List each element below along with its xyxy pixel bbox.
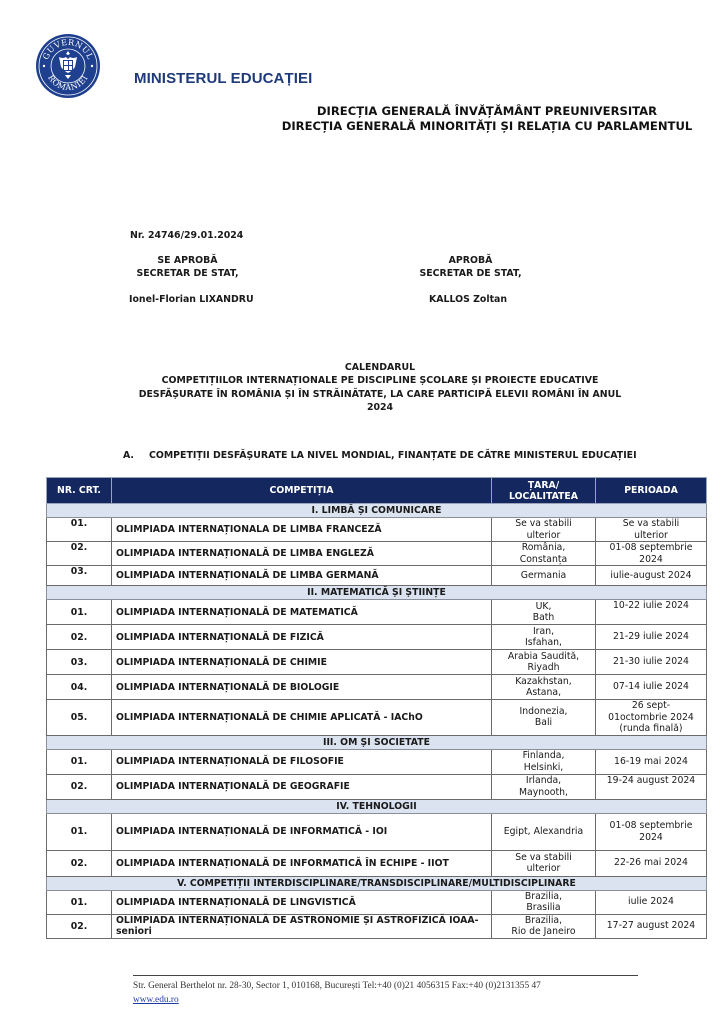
title-line: 2024 [100, 401, 660, 414]
section-number: A. [123, 450, 149, 461]
title-line: DESFĂȘURATE ÎN ROMÂNIA ȘI ÎN STRĂINĂTATE… [100, 388, 660, 401]
government-logo: GUVERNUL ROMÂNIEI [35, 33, 101, 99]
table-row: 02.OLIMPIADA INTERNAȚIONALĂ DE FIZICĂIra… [47, 625, 707, 650]
table-row: 05.OLIMPIADA INTERNAȚIONALĂ DE CHIMIE AP… [47, 700, 707, 736]
row-number: 01. [47, 749, 112, 774]
period: 16-19 mai 2024 [596, 749, 707, 774]
row-number: 03. [47, 566, 112, 586]
competition-name: OLIMPIADA INTERNAȚIONALĂ DE BIOLOGIE [112, 675, 492, 700]
period: 19-24 august 2024 [596, 774, 707, 799]
section-heading: A.COMPETIȚII DESFĂȘURATE LA NIVEL MONDIA… [123, 450, 637, 461]
competition-name: OLIMPIADA INTERNAȚIONALĂ DE LIMBA GERMAN… [112, 566, 492, 586]
table-row: 01.OLIMPIADA INTERNAȚIONALĂ DE INFORMATI… [47, 813, 707, 850]
table-row: 02.OLIMPIADA INTERNAȚIONALĂ DE LIMBA ENG… [47, 542, 707, 566]
table-row: 02.OLIMPIADA INTERNAȚIONALĂ DE GEOGRAFIE… [47, 774, 707, 799]
period: 26 sept- 01octombrie 2024 (runda finală) [596, 700, 707, 736]
competition-name: OLIMPIADA INTERNAȚIONALĂ DE CHIMIE [112, 650, 492, 675]
title-line: CALENDARUL [100, 361, 660, 374]
location: România, Constanța [492, 542, 596, 566]
column-header-nr: NR. CRT. [47, 478, 112, 504]
location: Irlanda, Maynooth, [492, 774, 596, 799]
website-link[interactable]: www.edu.ro [133, 995, 179, 1005]
period: 01-08 septembrie 2024 [596, 813, 707, 850]
table-row: 01.OLIMPIADA INTERNAȚIONALĂ DE MATEMATIC… [47, 600, 707, 625]
competition-name: OLIMPIADA INTERNAȚIONALĂ DE GEOGRAFIE [112, 774, 492, 799]
approval-label: SE APROBĂ [130, 254, 245, 267]
table-row: 01.OLIMPIADA INTERNAȚIONALA DE LIMBA FRA… [47, 518, 707, 542]
row-number: 02. [47, 774, 112, 799]
row-number: 01. [47, 600, 112, 625]
location: Arabia Saudită, Riyadh [492, 650, 596, 675]
location: Germania [492, 566, 596, 586]
location: Brazilia, Brasilia [492, 890, 596, 914]
row-number: 02. [47, 625, 112, 650]
column-header-period: PERIOADA [596, 478, 707, 504]
directorate-line: DIRECȚIA GENERALĂ ÎNVĂȚĂMÂNT PREUNIVERSI… [250, 104, 724, 119]
competition-name: OLIMPIADA INTERNAȚIONALĂ DE LIMBA ENGLEZ… [112, 542, 492, 566]
location: Iran, Isfahan, [492, 625, 596, 650]
document-title: CALENDARUL COMPETIȚIILOR INTERNAȚIONALE … [100, 361, 660, 414]
row-number: 05. [47, 700, 112, 736]
row-number: 03. [47, 650, 112, 675]
title-line: COMPETIȚIILOR INTERNAȚIONALE PE DISCIPLI… [100, 374, 660, 387]
row-number: 02. [47, 914, 112, 938]
signer-name-left: Ionel-Florian LIXANDRU [129, 294, 254, 305]
location: Kazakhstan, Astana, [492, 675, 596, 700]
column-header-competition: COMPETIȚIA [112, 478, 492, 504]
approval-label: APROBĂ [413, 254, 528, 267]
location: Finlanda, Helsinki, [492, 749, 596, 774]
footer-address: Str. General Berthelot nr. 28-30, Sector… [133, 979, 541, 993]
period: 22-26 mai 2024 [596, 850, 707, 876]
period: 07-14 iulie 2024 [596, 675, 707, 700]
table-row: 01.OLIMPIADA INTERNAȚIONALĂ DE FILOSOFIE… [47, 749, 707, 774]
approval-role: SECRETAR DE STAT, [130, 267, 245, 280]
location: Se va stabili ulterior [492, 850, 596, 876]
table-row: 01.OLIMPIADA INTERNAȚIONALĂ DE LINGVISTI… [47, 890, 707, 914]
row-number: 01. [47, 813, 112, 850]
location: Brazilia, Rio de Janeiro [492, 914, 596, 938]
category-row: IV. TEHNOLOGII [47, 799, 707, 813]
competition-name: OLIMPIADA INTERNAȚIONALĂ DE INFORMATICĂ … [112, 813, 492, 850]
row-number: 02. [47, 850, 112, 876]
category-label: II. MATEMATICĂ ȘI ȘTIINȚE [47, 586, 707, 600]
directorate-line: DIRECȚIA GENERALĂ MINORITĂȚI ȘI RELAȚIA … [250, 119, 724, 134]
competition-name: OLIMPIADA INTERNAȚIONALĂ DE INFORMATICĂ … [112, 850, 492, 876]
table-row: 02.OLIMPIADA INTERNAȚIONALĂ DE INFORMATI… [47, 850, 707, 876]
competition-name: OLIMPIADA INTERNAȚIONALĂ DE FILOSOFIE [112, 749, 492, 774]
table-row: 02.OLIMPIADA INTERNAȚIONALĂ DE ASTRONOMI… [47, 914, 707, 938]
table-row: 03.OLIMPIADA INTERNAȚIONALĂ DE LIMBA GER… [47, 566, 707, 586]
period: 21-29 iulie 2024 [596, 625, 707, 650]
row-number: 01. [47, 518, 112, 542]
period: 10-22 iulie 2024 [596, 600, 707, 625]
period: 01-08 septembrie 2024 [596, 542, 707, 566]
competition-name: OLIMPIADA INTERNAȚIONALĂ DE LINGVISTICĂ [112, 890, 492, 914]
section-label: COMPETIȚII DESFĂȘURATE LA NIVEL MONDIAL,… [149, 450, 637, 461]
category-row: II. MATEMATICĂ ȘI ȘTIINȚE [47, 586, 707, 600]
location: Se va stabili ulterior [492, 518, 596, 542]
row-number: 04. [47, 675, 112, 700]
competition-name: OLIMPIADA INTERNAȚIONALĂ DE FIZICĂ [112, 625, 492, 650]
category-row: V. COMPETIȚII INTERDISCIPLINARE/TRANSDIS… [47, 876, 707, 890]
competition-name: OLIMPIADA INTERNAȚIONALA DE LIMBA FRANCE… [112, 518, 492, 542]
location: Indonezia, Bali [492, 700, 596, 736]
category-row: I. LIMBĂ ȘI COMUNICARE [47, 504, 707, 518]
signer-name-right: KALLOS Zoltan [429, 294, 507, 305]
romanian-government-seal-icon: GUVERNUL ROMÂNIEI [35, 33, 101, 99]
column-header-location: ȚARA/ LOCALITATEA [492, 478, 596, 504]
period: Se va stabili ulterior [596, 518, 707, 542]
category-label: I. LIMBĂ ȘI COMUNICARE [47, 504, 707, 518]
category-row: III. OM ȘI SOCIETATE [47, 735, 707, 749]
competitions-table: NR. CRT. COMPETIȚIA ȚARA/ LOCALITATEA PE… [46, 477, 707, 939]
document-number: Nr. 24746/29.01.2024 [130, 230, 243, 241]
row-number: 02. [47, 542, 112, 566]
table-header-row: NR. CRT. COMPETIȚIA ȚARA/ LOCALITATEA PE… [47, 478, 707, 504]
category-label: V. COMPETIȚII INTERDISCIPLINARE/TRANSDIS… [47, 876, 707, 890]
location: UK, Bath [492, 600, 596, 625]
competition-name: OLIMPIADA INTERNAȚIONALĂ DE CHIMIE APLIC… [112, 700, 492, 736]
category-label: IV. TEHNOLOGII [47, 799, 707, 813]
approval-left: SE APROBĂ SECRETAR DE STAT, [130, 254, 245, 280]
row-number: 01. [47, 890, 112, 914]
footer-divider [133, 975, 638, 976]
directorates: DIRECȚIA GENERALĂ ÎNVĂȚĂMÂNT PREUNIVERSI… [250, 104, 724, 134]
period: 21-30 iulie 2024 [596, 650, 707, 675]
competition-name: OLIMPIADA INTERNAȚIONALĂ DE MATEMATICĂ [112, 600, 492, 625]
table-row: 04.OLIMPIADA INTERNAȚIONALĂ DE BIOLOGIEK… [47, 675, 707, 700]
footer: Str. General Berthelot nr. 28-30, Sector… [133, 979, 541, 1007]
location: Egipt, Alexandria [492, 813, 596, 850]
period: iulie 2024 [596, 890, 707, 914]
period: 17-27 august 2024 [596, 914, 707, 938]
ministry-name: MINISTERUL EDUCAȚIEI [134, 70, 312, 87]
approval-role: SECRETAR DE STAT, [413, 267, 528, 280]
approval-right: APROBĂ SECRETAR DE STAT, [413, 254, 528, 280]
competition-name: OLIMPIADA INTERNAȚIONALĂ DE ASTRONOMIE Ș… [112, 914, 492, 938]
table-row: 03.OLIMPIADA INTERNAȚIONALĂ DE CHIMIEAra… [47, 650, 707, 675]
period: iulie-august 2024 [596, 566, 707, 586]
category-label: III. OM ȘI SOCIETATE [47, 735, 707, 749]
